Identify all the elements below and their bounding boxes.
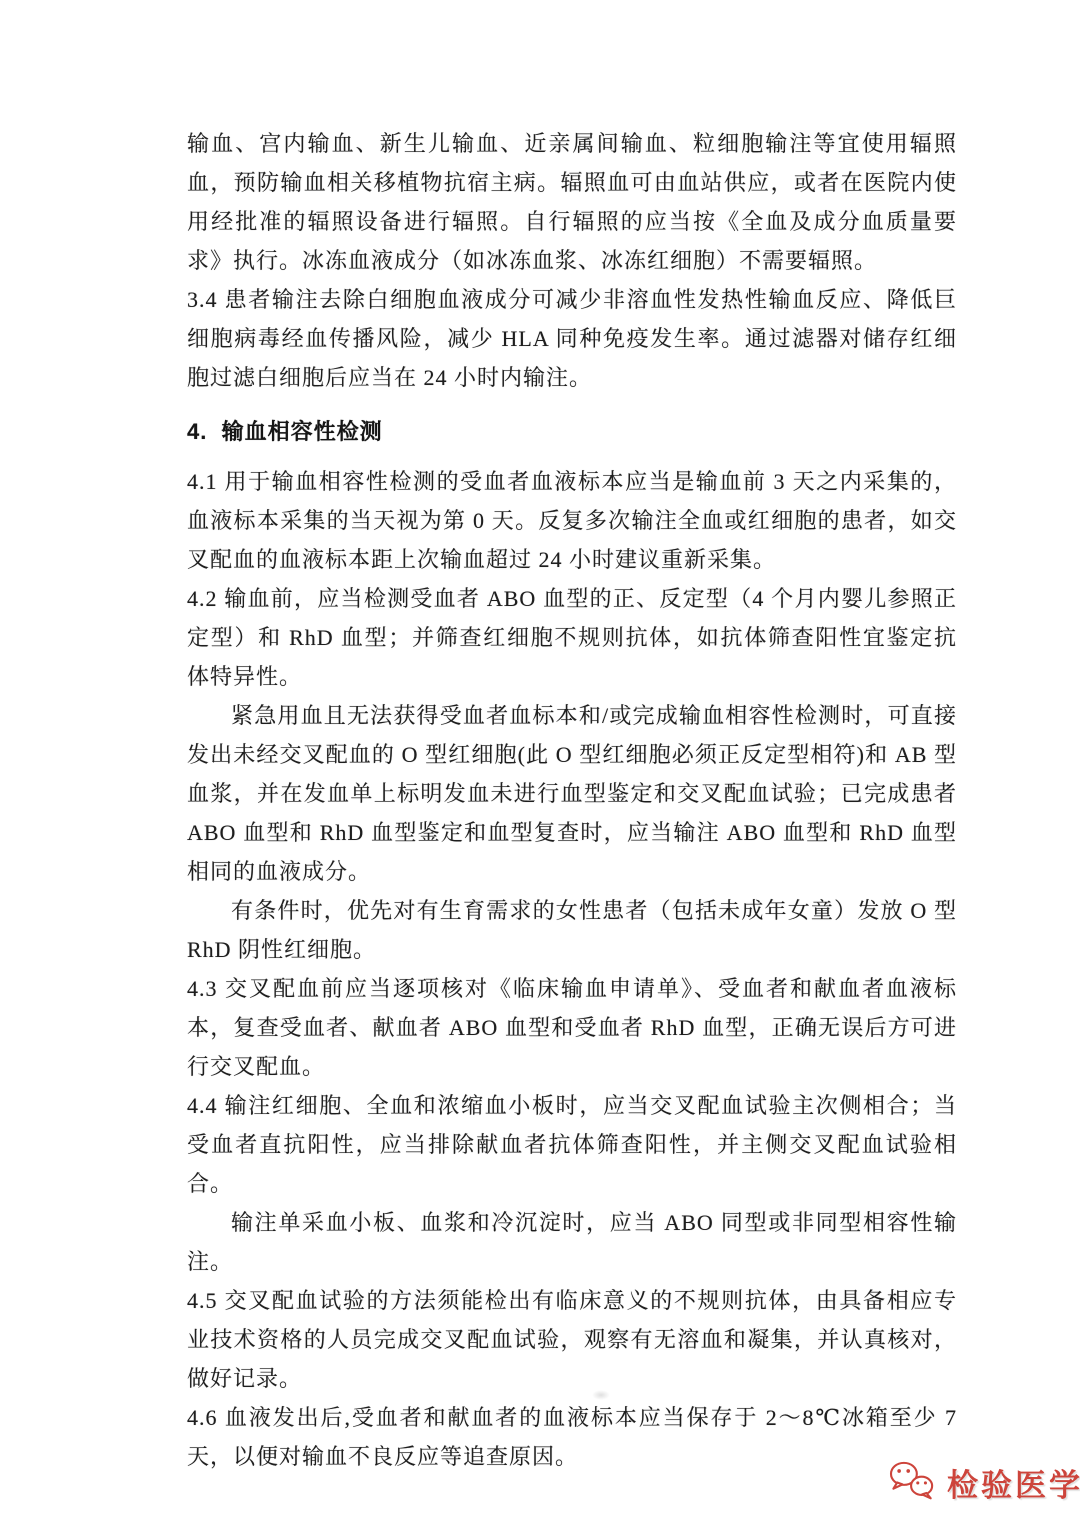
body-paragraph-4-5: 4.5 交叉配血试验的方法须能检出有临床意义的不规则抗体，由具备相应专业技术资格… xyxy=(187,1281,957,1398)
body-paragraph-4-3: 4.3 交叉配血前应当逐项核对《临床输血申请单》、受血者和献血者血液标本，复查受… xyxy=(187,969,957,1086)
wechat-watermark: 检验医学 xyxy=(888,1456,1080,1508)
body-paragraph-3-4: 3.4 患者输注去除白细胞血液成分可减少非溶血性发热性输血反应、降低巨细胞病毒经… xyxy=(187,280,957,397)
section-heading-4: 4. 输血相容性检测 xyxy=(187,412,957,451)
document-page: 输血、宫内输血、新生儿输血、近亲属间输血、粒细胞输注等宜使用辐照血，预防输血相关… xyxy=(0,0,1080,1527)
watermark-label: 检验医学 xyxy=(947,1460,1080,1505)
body-paragraph-4-6: 4.6 血液发出后,受血者和献血者的血液标本应当保存于 2～8℃冰箱至少 7 天… xyxy=(187,1398,957,1476)
body-paragraph-emergency-blood: 紧急用血且无法获得受血者血标本和/或完成输血相容性检测时，可直接发出未经交叉配血… xyxy=(187,696,957,891)
body-paragraph-4-2: 4.2 输血前，应当检测受血者 ABO 血型的正、反定型（4 个月内婴儿参照正定… xyxy=(187,579,957,696)
body-paragraph-irradiated-blood: 输血、宫内输血、新生儿输血、近亲属间输血、粒细胞输注等宜使用辐照血，预防输血相关… xyxy=(187,124,957,280)
body-paragraph-rhd-negative: 有条件时，优先对有生育需求的女性患者（包括未成年女童）发放 O 型 RhD 阴性… xyxy=(187,891,957,969)
body-paragraph-apheresis-platelets: 输注单采血小板、血浆和冷沉淀时，应当 ABO 同型或非同型相容性输注。 xyxy=(187,1203,957,1281)
document-text-column: 输血、宫内输血、新生儿输血、近亲属间输血、粒细胞输注等宜使用辐照血，预防输血相关… xyxy=(187,124,957,1476)
scan-smudge xyxy=(592,1390,610,1400)
body-paragraph-4-4: 4.4 输注红细胞、全血和浓缩血小板时，应当交叉配血试验主次侧相合；当受血者直抗… xyxy=(187,1086,957,1203)
body-paragraph-4-1: 4.1 用于输血相容性检测的受血者血液标本应当是输血前 3 天之内采集的，血液标… xyxy=(187,462,957,579)
wechat-icon xyxy=(888,1460,938,1504)
